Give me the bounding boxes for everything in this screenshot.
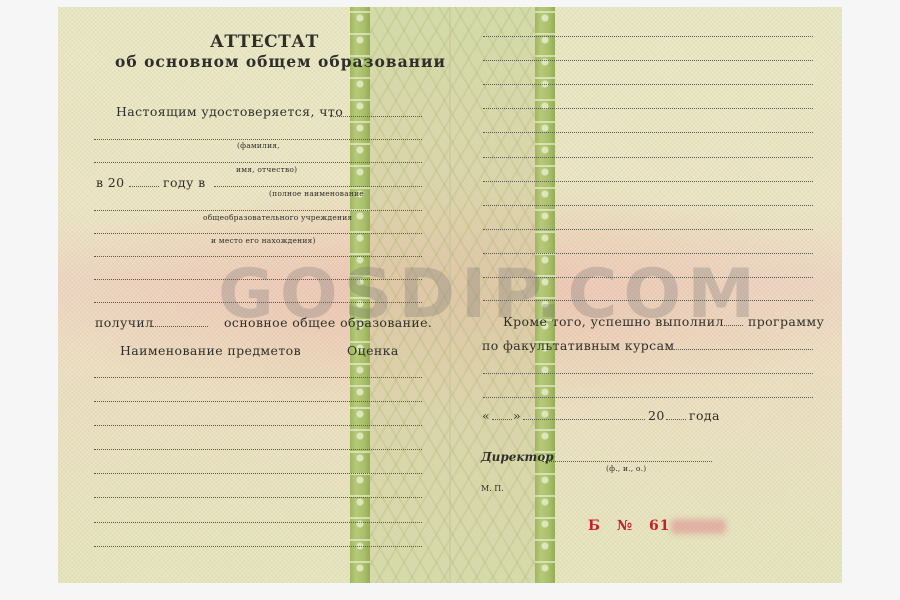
grade-header: Оценка bbox=[347, 343, 399, 358]
right-line-3[interactable] bbox=[483, 84, 813, 85]
date-year-prefix: 20 bbox=[648, 408, 665, 423]
institution-line-2[interactable] bbox=[94, 210, 422, 211]
date-close-quote: » bbox=[513, 408, 521, 423]
serial-number: Б № 61 bbox=[588, 518, 726, 534]
subject-line-2[interactable] bbox=[94, 401, 422, 402]
director-caption: (ф., и., о.) bbox=[606, 464, 646, 473]
right-line-6[interactable] bbox=[483, 157, 813, 158]
date-open-quote: « bbox=[482, 408, 490, 423]
date-month-line[interactable] bbox=[523, 419, 645, 420]
right-line-7[interactable] bbox=[483, 181, 813, 182]
year-line[interactable] bbox=[129, 186, 159, 187]
serial-redacted bbox=[671, 519, 726, 534]
right-line-1[interactable] bbox=[483, 36, 813, 37]
elective-courses-line-3[interactable] bbox=[483, 397, 813, 398]
caption-surname: (фамилия, bbox=[237, 141, 280, 150]
stamp-label: М. П. bbox=[481, 484, 504, 493]
subjects-header: Наименование предметов bbox=[120, 343, 301, 358]
serial-digits: 61 bbox=[649, 518, 670, 534]
subject-line-1[interactable] bbox=[94, 377, 422, 378]
elective-text-2: по факультативным курсам bbox=[482, 338, 675, 353]
name-line-1[interactable] bbox=[330, 116, 422, 117]
caption-name: имя, отчество) bbox=[236, 165, 297, 174]
serial-symbol: № bbox=[617, 518, 633, 534]
institution-line-3[interactable] bbox=[94, 233, 422, 234]
right-line-10[interactable] bbox=[483, 253, 813, 254]
date-year-suffix: года bbox=[689, 408, 720, 423]
director-signature-line[interactable] bbox=[542, 461, 712, 462]
firstname-line[interactable] bbox=[94, 162, 422, 163]
subject-line-3[interactable] bbox=[94, 425, 422, 426]
subject-line-8[interactable] bbox=[94, 546, 422, 547]
subject-line-6[interactable] bbox=[94, 497, 422, 498]
certificate-document: АТТЕСТАТ об основном общем образовании Н… bbox=[58, 7, 842, 583]
caption-institution-2: общеобразовательного учреждения bbox=[203, 213, 352, 222]
received-line[interactable] bbox=[152, 326, 208, 327]
watermark: GOSDIP.COM bbox=[218, 255, 761, 334]
date-year-line[interactable] bbox=[666, 419, 686, 420]
received-prefix: получил bbox=[95, 315, 154, 330]
right-line-4[interactable] bbox=[483, 108, 813, 109]
certify-text: Настоящим удостоверяется, что bbox=[116, 104, 343, 119]
caption-institution-1: (полное наименование bbox=[269, 189, 364, 198]
right-line-2[interactable] bbox=[483, 60, 813, 61]
subject-line-5[interactable] bbox=[94, 473, 422, 474]
year-suffix: году в bbox=[163, 175, 206, 190]
subject-line-4[interactable] bbox=[94, 449, 422, 450]
document-subtitle: об основном общем образовании bbox=[115, 52, 446, 71]
subject-line-7[interactable] bbox=[94, 522, 422, 523]
document-title: АТТЕСТАТ bbox=[210, 32, 319, 52]
institution-line-1[interactable] bbox=[214, 186, 422, 187]
elective-courses-line-1[interactable] bbox=[669, 349, 813, 350]
serial-series: Б bbox=[588, 518, 601, 534]
elective-courses-line-2[interactable] bbox=[483, 373, 813, 374]
year-prefix: в 20 bbox=[96, 175, 125, 190]
right-line-9[interactable] bbox=[483, 229, 813, 230]
caption-institution-3: и место его нахождения) bbox=[211, 236, 316, 245]
right-line-5[interactable] bbox=[483, 132, 813, 133]
surname-line[interactable] bbox=[94, 139, 422, 140]
right-line-8[interactable] bbox=[483, 205, 813, 206]
date-day-line[interactable] bbox=[492, 419, 512, 420]
